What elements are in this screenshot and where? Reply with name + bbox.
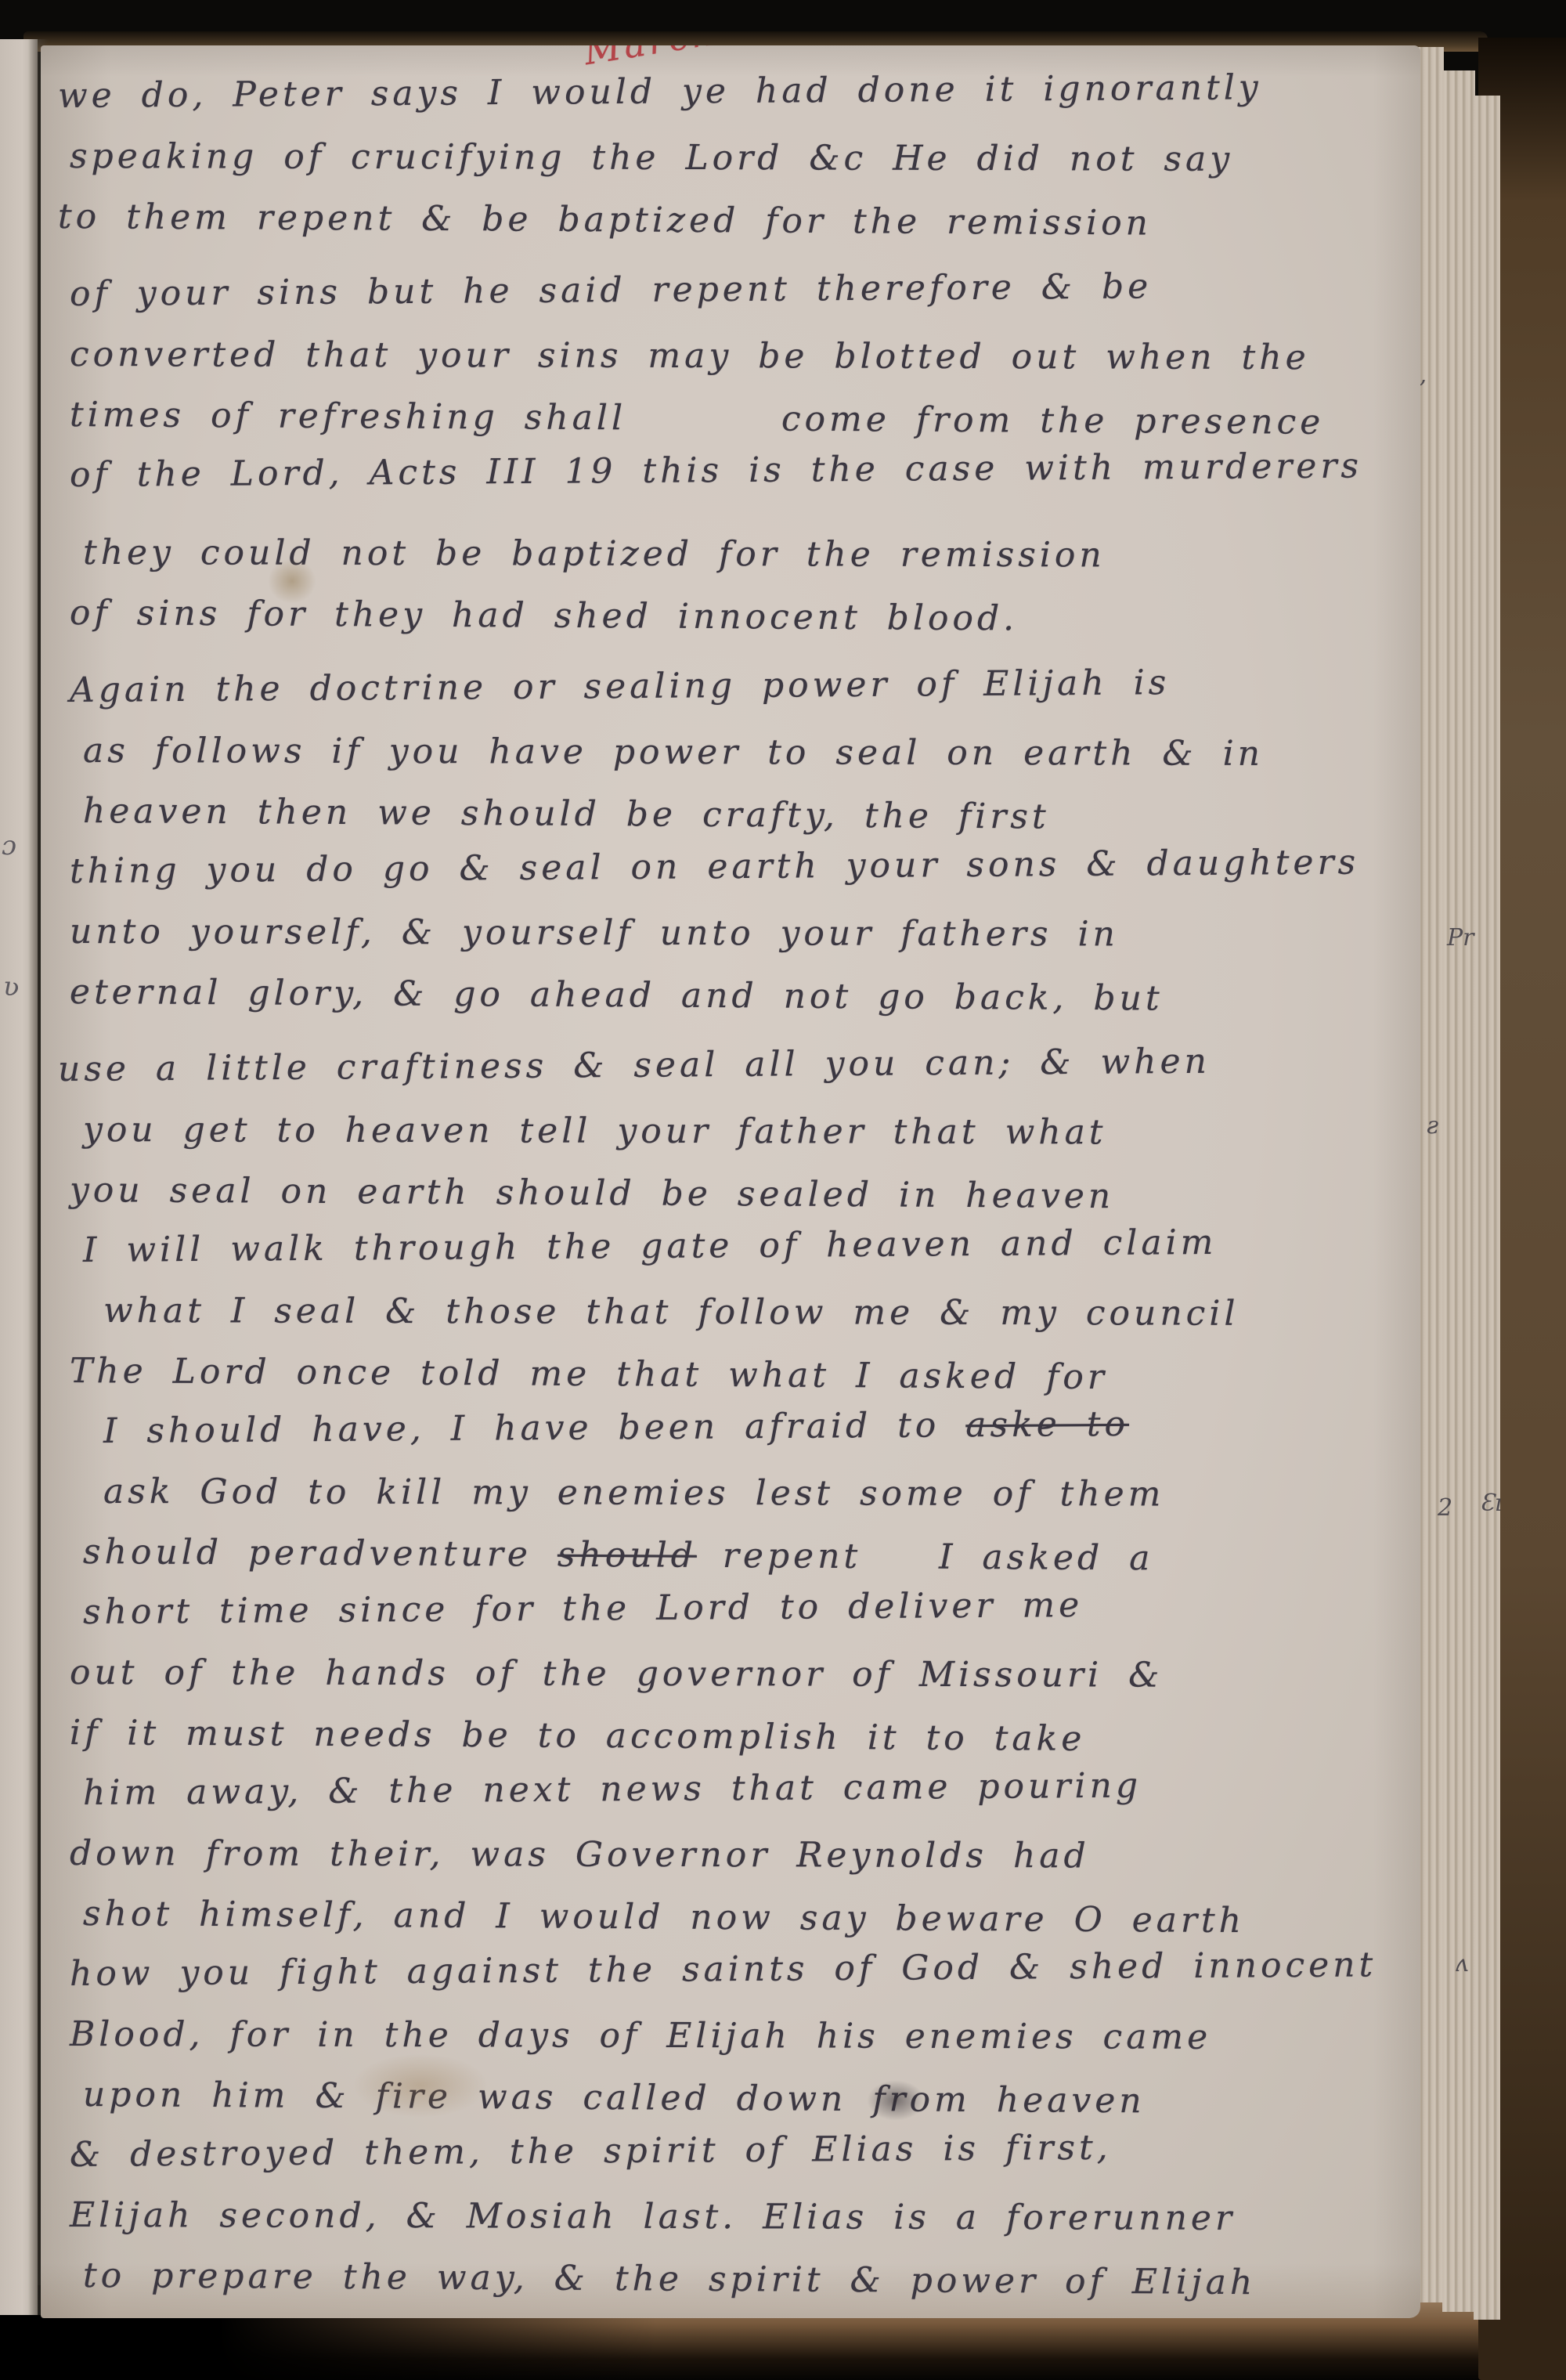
stray-ink-mark: Pr — [1447, 924, 1474, 952]
manuscript-line: unto yourself, & yourself unto your fath… — [70, 901, 1413, 965]
line-text: Blood, for in the days of Elijah his ene… — [70, 2014, 1211, 2057]
manuscript-line: down from their, was Governor Reynolds h… — [70, 1823, 1413, 1887]
line-text: repent I asked a — [697, 1536, 1154, 1579]
line-text: if it must needs be to accomplish it to … — [70, 1713, 1086, 1759]
manuscript-line: Elijah second, & Mosiah last. Elias is a… — [70, 2185, 1413, 2248]
manuscript-line: of sins for they had shed innocent blood… — [70, 583, 1413, 651]
manuscript-line: Again the doctrine or sealing power of E… — [70, 651, 1413, 721]
line-text: ask God to kill my enemies lest some of … — [103, 1472, 1165, 1515]
line-text: to prepare the way, & the spirit & power… — [83, 2255, 1257, 2302]
line-text: thing you do go & seal on earth your son… — [70, 843, 1359, 891]
stray-ink-mark: ɔ — [2, 830, 16, 861]
stray-ink-mark: ʋ — [3, 971, 20, 1002]
line-text: of your sins but he said repent therefor… — [70, 266, 1153, 314]
line-text: what I seal & those that follow me & my … — [103, 1291, 1239, 1334]
line-text: how you fight against the saints of God … — [70, 1945, 1377, 1994]
line-text: Again the doctrine or sealing power of E… — [70, 663, 1171, 710]
manuscript-line: how you fight against the saints of God … — [70, 1934, 1413, 2004]
manuscript-line: speaking of crucifying the Lord &c He di… — [70, 126, 1413, 190]
manuscript-line: him away, & the next news that came pour… — [83, 1753, 1413, 1823]
line-text: speaking of crucifying the Lord &c He di… — [70, 136, 1233, 179]
struck-text: should — [557, 1535, 697, 1576]
manuscript-line: use a little craftiness & seal all you c… — [58, 1030, 1413, 1100]
manuscript-line: eternal glory, & go ahead and not go bac… — [70, 962, 1413, 1030]
line-text: upon him & fire was called down from hea… — [83, 2075, 1146, 2121]
line-text: eternal glory, & go ahead and not go bac… — [70, 972, 1164, 1019]
manuscript-line: thing you do go & seal on earth your son… — [70, 832, 1413, 901]
stray-ink-mark: 2 — [1438, 1494, 1452, 1522]
line-text: as follows if you have power to seal on … — [83, 731, 1264, 774]
stray-ink-mark: ʌ — [1455, 1950, 1468, 1977]
manuscript-line: as follows if you have power to seal on … — [83, 721, 1413, 784]
line-text: you seal on earth should be sealed in he… — [70, 1170, 1115, 1216]
manuscript-line: out of the hands of the governor of Miss… — [70, 1642, 1413, 1706]
manuscript-line: I will walk through the gate of heaven a… — [83, 1211, 1413, 1280]
manuscript-line: to them repent & be baptized for the rem… — [58, 186, 1413, 255]
line-text: I should have, I have been afraid to — [103, 1405, 966, 1451]
line-text: converted that your sins may be blotted … — [70, 334, 1310, 377]
line-text: shot himself, and I would now say beware… — [83, 1894, 1245, 1941]
line-text: we do, Peter says I would ye had done it… — [58, 67, 1262, 116]
line-text: unto yourself, & yourself unto your fath… — [70, 912, 1119, 955]
manuscript-line: they could not be baptized for the remis… — [83, 522, 1413, 586]
stray-ink-mark: ƨ — [1427, 1112, 1438, 1139]
manuscript-line: & destroyed them, the spirit of Elias is… — [70, 2115, 1413, 2185]
manuscript-line: you get to heaven tell your father that … — [83, 1100, 1413, 1163]
line-text: him away, & the next news that came pour… — [83, 1766, 1142, 1813]
manuscript-line: converted that your sins may be blotted … — [70, 324, 1413, 388]
fore-edge-step — [1474, 96, 1500, 2320]
struck-text: aske to — [965, 1404, 1129, 1445]
open-journal-photo: ’ Pr ƨ 2 Ɛı ʌ ɔ ʋ March 10th 1844 we do,… — [0, 0, 1566, 2380]
line-text: of sins for they had shed innocent blood… — [70, 593, 1018, 638]
journal-page: March 10th 1844 we do, Peter says I woul… — [41, 45, 1420, 2318]
manuscript-line: of your sins but he said repent therefor… — [70, 255, 1413, 324]
line-text: should peradventure — [83, 1532, 557, 1575]
manuscript-line: what I seal & those that follow me & my … — [103, 1280, 1413, 1344]
page-stack-fore-edge: ’ Pr ƨ 2 Ɛı ʌ — [1408, 47, 1500, 2328]
line-text: down from their, was Governor Reynolds h… — [70, 1833, 1090, 1876]
line-text: The Lord once told me that what I asked … — [70, 1351, 1108, 1397]
line-text: to them repent & be baptized for the rem… — [58, 197, 1152, 244]
line-text: I will walk through the gate of heaven a… — [83, 1223, 1218, 1270]
line-text: short time since for the Lord to deliver… — [83, 1585, 1084, 1632]
manuscript-line: Blood, for in the days of Elijah his ene… — [70, 2004, 1413, 2068]
line-text: they could not be baptized for the remis… — [83, 533, 1106, 575]
manuscript-line: short time since for the Lord to deliver… — [83, 1573, 1413, 1642]
manuscript-line: to prepare the way, & the spirit & power… — [83, 2245, 1413, 2313]
manuscript-line: I should have, I have been afraid to ask… — [103, 1392, 1413, 1461]
line-text: you get to heaven tell your father that … — [83, 1110, 1107, 1152]
line-text: heaven then we should be crafty, the fir… — [83, 791, 1050, 837]
manuscript-line: ask God to kill my enemies lest some of … — [103, 1461, 1413, 1525]
manuscript-text-block: we do, Peter says I would ye had done it… — [58, 66, 1413, 2306]
line-text: & destroyed them, the spirit of Elias is… — [70, 2128, 1112, 2175]
line-text: times of refreshing shall come from the … — [70, 395, 1325, 442]
line-text: out of the hands of the governor of Miss… — [70, 1652, 1163, 1696]
line-text: of the Lord, Acts III 19 this is the cas… — [70, 446, 1362, 495]
stray-ink-mark: Ɛı — [1480, 1490, 1502, 1517]
manuscript-line: of the Lord, Acts III 19 this is the cas… — [70, 435, 1413, 505]
manuscript-line: we do, Peter says I would ye had done it… — [58, 56, 1413, 126]
line-text: Elijah second, & Mosiah last. Elias is a… — [70, 2195, 1236, 2238]
line-text: use a little craftiness & seal all you c… — [58, 1042, 1211, 1089]
